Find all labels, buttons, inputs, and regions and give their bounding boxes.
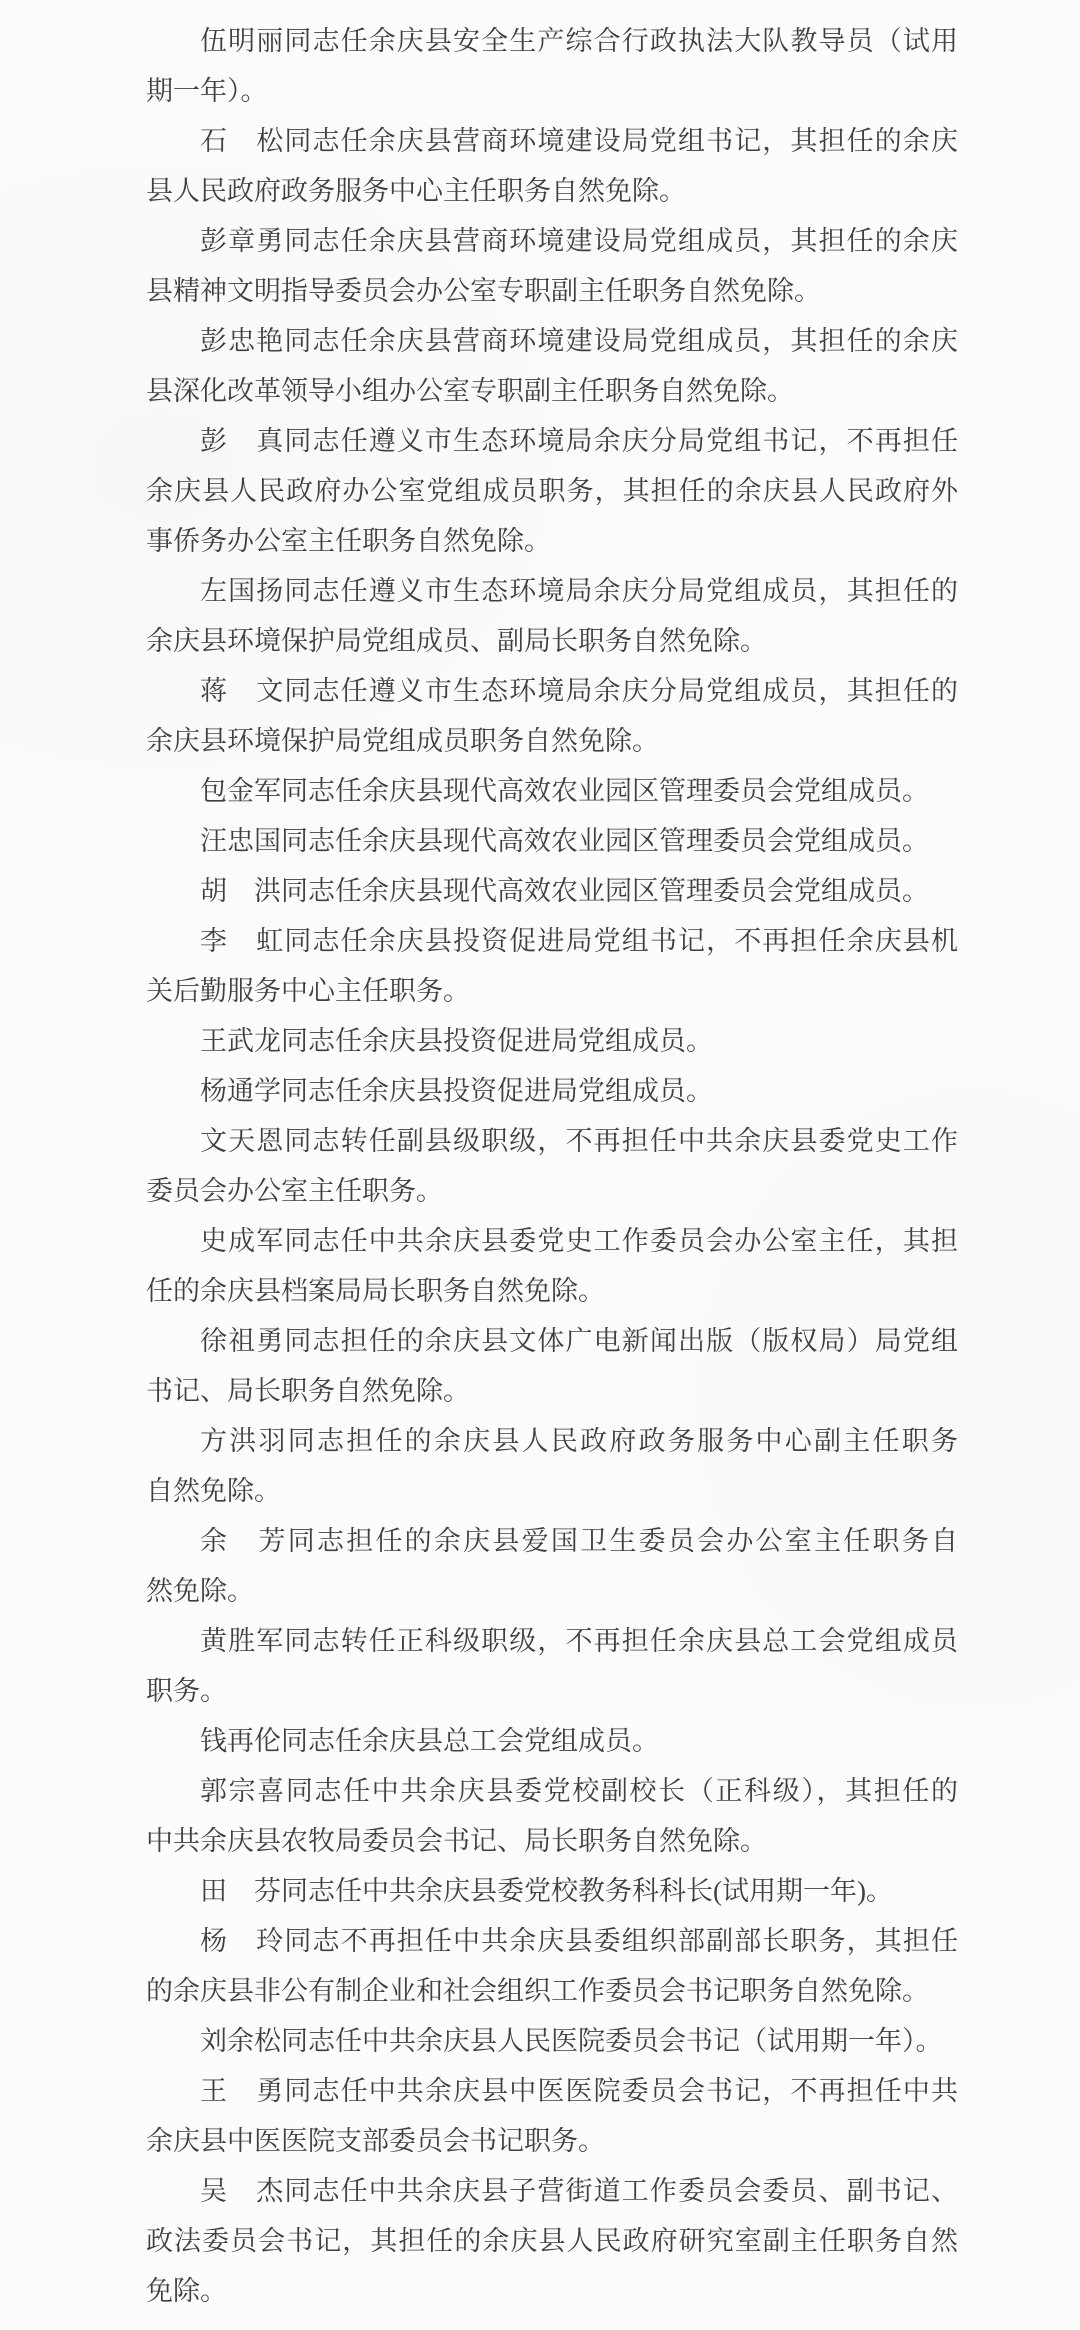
text-line: 余庆县中医医院支部委员会书记职务。 bbox=[146, 2116, 958, 2166]
text-line: 余庆县人民政府办公室党组成员职务，其担任的余庆县人民政府外 bbox=[146, 466, 958, 516]
text-line: 杨 玲同志不再担任中共余庆县委组织部副部长职务，其担任 bbox=[146, 1916, 958, 1966]
paragraph: 伍明丽同志任余庆县安全生产综合行政执法大队教导员（试用期一年）。 bbox=[146, 16, 958, 116]
text-line: 县深化改革领导小组办公室专职副主任职务自然免除。 bbox=[146, 366, 958, 416]
text-line: 的余庆县非公有制企业和社会组织工作委员会书记职务自然免除。 bbox=[146, 1966, 958, 2016]
text-line: 钱再伦同志任余庆县总工会党组成员。 bbox=[146, 1716, 958, 1766]
text-line: 蒋 文同志任遵义市生态环境局余庆分局党组成员，其担任的 bbox=[146, 666, 958, 716]
document-page: 伍明丽同志任余庆县安全生产综合行政执法大队教导员（试用期一年）。石 松同志任余庆… bbox=[0, 0, 1080, 2330]
text-line: 黄胜军同志转任正科级职级，不再担任余庆县总工会党组成员 bbox=[146, 1616, 958, 1666]
text-line: 然免除。 bbox=[146, 1566, 958, 1616]
text-line: 郭宗喜同志任中共余庆县委党校副校长（正科级），其担任的 bbox=[146, 1766, 958, 1816]
text-line: 方洪羽同志担任的余庆县人民政府政务服务中心副主任职务 bbox=[146, 1416, 958, 1466]
paragraph: 彭忠艳同志任余庆县营商环境建设局党组成员，其担任的余庆县深化改革领导小组办公室专… bbox=[146, 316, 958, 416]
text-line: 史成军同志任中共余庆县委党史工作委员会办公室主任，其担 bbox=[146, 1216, 958, 1266]
paragraph: 刘余松同志任中共余庆县人民医院委员会书记（试用期一年）。 bbox=[146, 2016, 958, 2066]
text-line: 政法委员会书记，其担任的余庆县人民政府研究室副主任职务自然 bbox=[146, 2216, 958, 2266]
text-line: 委员会办公室主任职务。 bbox=[146, 1166, 958, 1216]
paragraph: 黄胜军同志转任正科级职级，不再担任余庆县总工会党组成员职务。 bbox=[146, 1616, 958, 1716]
text-line: 田 芬同志任中共余庆县委党校教务科科长(试用期一年)。 bbox=[146, 1866, 958, 1916]
paragraph: 杨 玲同志不再担任中共余庆县委组织部副部长职务，其担任的余庆县非公有制企业和社会… bbox=[146, 1916, 958, 2016]
text-line: 自然免除。 bbox=[146, 1466, 958, 1516]
paragraph: 左国扬同志任遵义市生态环境局余庆分局党组成员，其担任的余庆县环境保护局党组成员、… bbox=[146, 566, 958, 666]
text-line: 县精神文明指导委员会办公室专职副主任职务自然免除。 bbox=[146, 266, 958, 316]
paragraph: 王 勇同志任中共余庆县中医医院委员会书记，不再担任中共余庆县中医医院支部委员会书… bbox=[146, 2066, 958, 2166]
text-line: 余庆县环境保护局党组成员职务自然免除。 bbox=[146, 716, 958, 766]
paragraph: 文天恩同志转任副县级职级，不再担任中共余庆县委党史工作委员会办公室主任职务。 bbox=[146, 1116, 958, 1216]
text-line: 县人民政府政务服务中心主任职务自然免除。 bbox=[146, 166, 958, 216]
text-line: 余 芳同志担任的余庆县爱国卫生委员会办公室主任职务自 bbox=[146, 1516, 958, 1566]
paragraph: 李 虹同志任余庆县投资促进局党组书记，不再担任余庆县机关后勤服务中心主任职务。 bbox=[146, 916, 958, 1016]
paragraph: 彭章勇同志任余庆县营商环境建设局党组成员，其担任的余庆县精神文明指导委员会办公室… bbox=[146, 216, 958, 316]
paragraph: 吴 杰同志任中共余庆县子营街道工作委员会委员、副书记、政法委员会书记，其担任的余… bbox=[146, 2166, 958, 2316]
text-line: 中共余庆县农牧局委员会书记、局长职务自然免除。 bbox=[146, 1816, 958, 1866]
paragraph: 方洪羽同志担任的余庆县人民政府政务服务中心副主任职务自然免除。 bbox=[146, 1416, 958, 1516]
text-line: 彭章勇同志任余庆县营商环境建设局党组成员，其担任的余庆 bbox=[146, 216, 958, 266]
text-line: 任的余庆县档案局局长职务自然免除。 bbox=[146, 1266, 958, 1316]
text-line: 王武龙同志任余庆县投资促进局党组成员。 bbox=[146, 1016, 958, 1066]
text-line: 彭忠艳同志任余庆县营商环境建设局党组成员，其担任的余庆 bbox=[146, 316, 958, 366]
text-line: 职务。 bbox=[146, 1666, 958, 1716]
paragraph: 石 松同志任余庆县营商环境建设局党组书记，其担任的余庆县人民政府政务服务中心主任… bbox=[146, 116, 958, 216]
text-line: 汪忠国同志任余庆县现代高效农业园区管理委员会党组成员。 bbox=[146, 816, 958, 866]
text-line: 书记、局长职务自然免除。 bbox=[146, 1366, 958, 1416]
text-line: 彭 真同志任遵义市生态环境局余庆分局党组书记，不再担任 bbox=[146, 416, 958, 466]
text-line: 李 虹同志任余庆县投资促进局党组书记，不再担任余庆县机 bbox=[146, 916, 958, 966]
paragraph: 彭 真同志任遵义市生态环境局余庆分局党组书记，不再担任余庆县人民政府办公室党组成… bbox=[146, 416, 958, 566]
text-line: 胡 洪同志任余庆县现代高效农业园区管理委员会党组成员。 bbox=[146, 866, 958, 916]
paragraph: 汪忠国同志任余庆县现代高效农业园区管理委员会党组成员。 bbox=[146, 816, 958, 866]
text-line: 余庆县环境保护局党组成员、副局长职务自然免除。 bbox=[146, 616, 958, 666]
text-line: 刘余松同志任中共余庆县人民医院委员会书记（试用期一年）。 bbox=[146, 2016, 958, 2066]
text-line: 伍明丽同志任余庆县安全生产综合行政执法大队教导员（试用 bbox=[146, 16, 958, 66]
paragraph: 余 芳同志担任的余庆县爱国卫生委员会办公室主任职务自然免除。 bbox=[146, 1516, 958, 1616]
text-line: 包金军同志任余庆县现代高效农业园区管理委员会党组成员。 bbox=[146, 766, 958, 816]
text-line: 期一年）。 bbox=[146, 66, 958, 116]
text-line: 免除。 bbox=[146, 2266, 958, 2316]
text-line: 王 勇同志任中共余庆县中医医院委员会书记，不再担任中共 bbox=[146, 2066, 958, 2116]
text-line: 关后勤服务中心主任职务。 bbox=[146, 966, 958, 1016]
text-line: 吴 杰同志任中共余庆县子营街道工作委员会委员、副书记、 bbox=[146, 2166, 958, 2216]
paragraph: 包金军同志任余庆县现代高效农业园区管理委员会党组成员。 bbox=[146, 766, 958, 816]
text-line: 杨通学同志任余庆县投资促进局党组成员。 bbox=[146, 1066, 958, 1116]
text-line: 徐祖勇同志担任的余庆县文体广电新闻出版（版权局）局党组 bbox=[146, 1316, 958, 1366]
paragraph: 郭宗喜同志任中共余庆县委党校副校长（正科级），其担任的中共余庆县农牧局委员会书记… bbox=[146, 1766, 958, 1866]
text-line: 事侨务办公室主任职务自然免除。 bbox=[146, 516, 958, 566]
paragraph: 蒋 文同志任遵义市生态环境局余庆分局党组成员，其担任的余庆县环境保护局党组成员职… bbox=[146, 666, 958, 766]
paragraph: 田 芬同志任中共余庆县委党校教务科科长(试用期一年)。 bbox=[146, 1866, 958, 1916]
paragraph: 史成军同志任中共余庆县委党史工作委员会办公室主任，其担任的余庆县档案局局长职务自… bbox=[146, 1216, 958, 1316]
text-line: 文天恩同志转任副县级职级，不再担任中共余庆县委党史工作 bbox=[146, 1116, 958, 1166]
paragraph: 王武龙同志任余庆县投资促进局党组成员。 bbox=[146, 1016, 958, 1066]
text-line: 左国扬同志任遵义市生态环境局余庆分局党组成员，其担任的 bbox=[146, 566, 958, 616]
paragraph: 徐祖勇同志担任的余庆县文体广电新闻出版（版权局）局党组书记、局长职务自然免除。 bbox=[146, 1316, 958, 1416]
paragraph: 钱再伦同志任余庆县总工会党组成员。 bbox=[146, 1716, 958, 1766]
paragraph: 杨通学同志任余庆县投资促进局党组成员。 bbox=[146, 1066, 958, 1116]
text-line: 石 松同志任余庆县营商环境建设局党组书记，其担任的余庆 bbox=[146, 116, 958, 166]
document-body: 伍明丽同志任余庆县安全生产综合行政执法大队教导员（试用期一年）。石 松同志任余庆… bbox=[146, 16, 958, 2316]
paragraph: 胡 洪同志任余庆县现代高效农业园区管理委员会党组成员。 bbox=[146, 866, 958, 916]
